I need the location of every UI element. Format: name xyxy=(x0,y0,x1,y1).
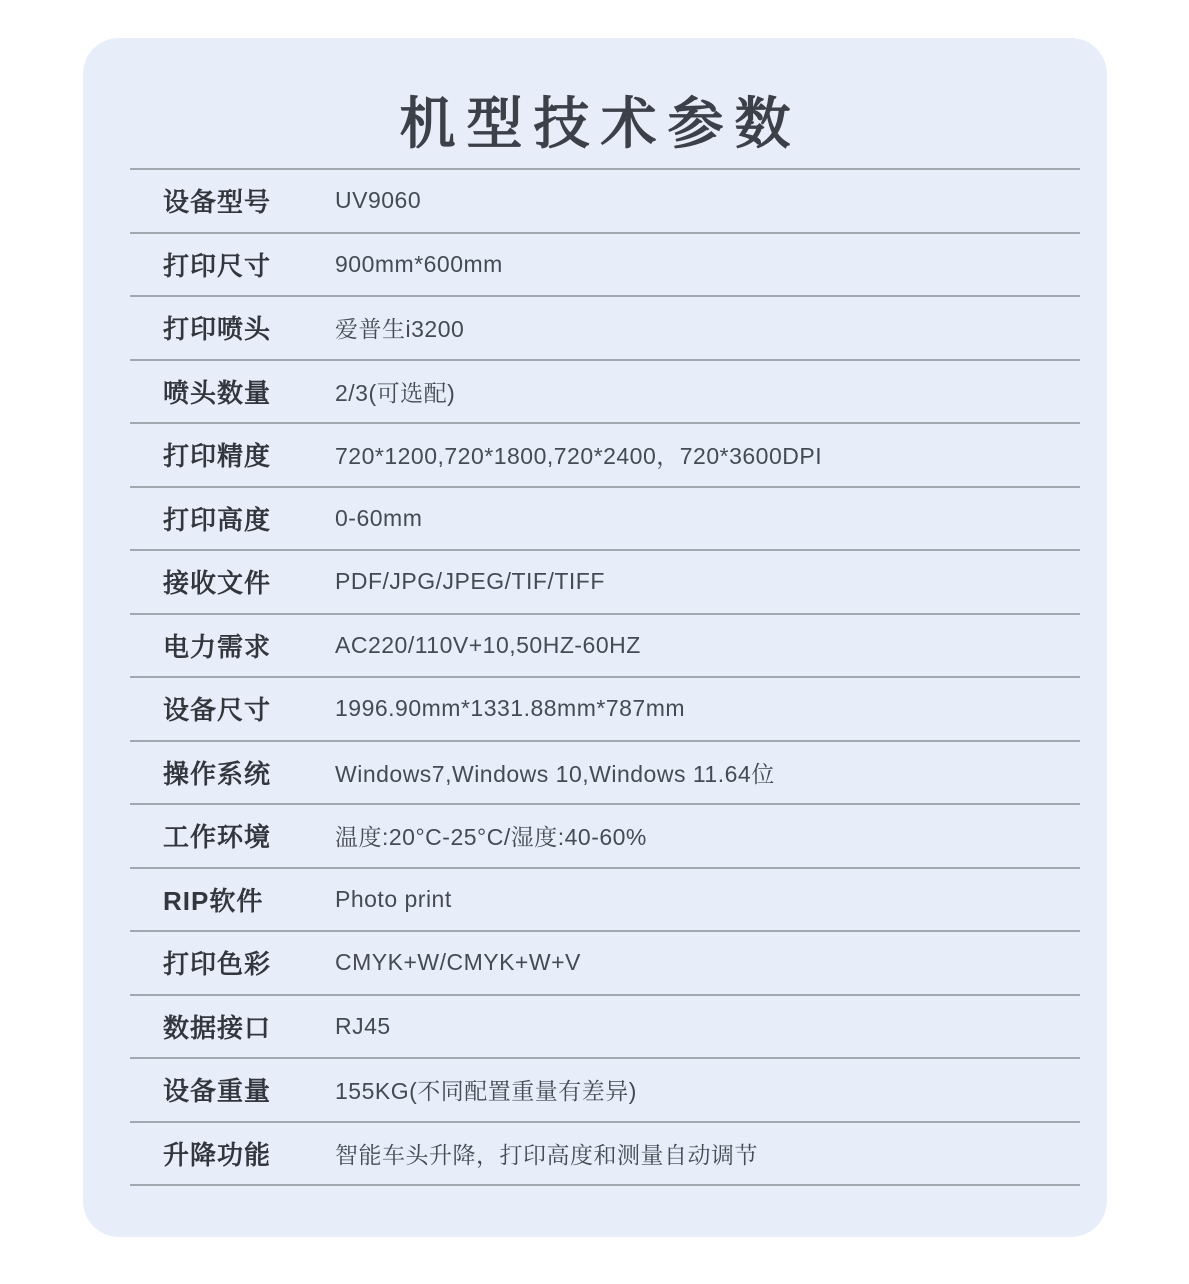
spec-value: AC220/110V+10,50HZ-60HZ xyxy=(335,632,1080,659)
table-row: 设备尺寸 1996.90mm*1331.88mm*787mm xyxy=(130,676,1080,740)
table-row: 电力需求 AC220/110V+10,50HZ-60HZ xyxy=(130,613,1080,677)
table-row: 喷头数量 2/3(可选配) xyxy=(130,359,1080,423)
spec-value: RJ45 xyxy=(335,1013,1080,1040)
table-row: 打印精度 720*1200,720*1800,720*2400，720*3600… xyxy=(130,422,1080,486)
spec-value: 温度:20°C-25°C/湿度:40-60% xyxy=(335,819,1080,852)
page: 机型技术参数 设备型号 UV9060 打印尺寸 900mm*600mm 打印喷头… xyxy=(0,0,1189,1284)
table-row: 数据接口 RJ45 xyxy=(130,994,1080,1058)
spec-label: 打印尺寸 xyxy=(163,246,335,283)
table-row: 打印高度 0-60mm xyxy=(130,486,1080,550)
spec-value: UV9060 xyxy=(335,187,1080,214)
spec-label: 喷头数量 xyxy=(163,373,335,410)
spec-value: 2/3(可选配) xyxy=(335,375,1080,408)
page-title: 机型技术参数 xyxy=(83,38,1107,168)
table-row: 接收文件 PDF/JPG/JPEG/TIF/TIFF xyxy=(130,549,1080,613)
spec-label: 工作环境 xyxy=(163,817,335,854)
spec-table: 设备型号 UV9060 打印尺寸 900mm*600mm 打印喷头 爱普生i32… xyxy=(130,168,1080,1186)
spec-value: Photo print xyxy=(335,886,1080,913)
spec-label: 打印高度 xyxy=(163,500,335,537)
table-row: 打印喷头 爱普生i3200 xyxy=(130,295,1080,359)
spec-label: 打印色彩 xyxy=(163,944,335,981)
spec-value: 爱普生i3200 xyxy=(335,311,1080,344)
spec-value: 智能车头升降，打印高度和测量自动调节 xyxy=(335,1137,1080,1170)
spec-label: 升降功能 xyxy=(163,1135,335,1172)
spec-label: 打印精度 xyxy=(163,436,335,473)
table-row: 打印色彩 CMYK+W/CMYK+W+V xyxy=(130,930,1080,994)
spec-value: Windows7,Windows 10,Windows 11.64位 xyxy=(335,756,1080,789)
spec-value: PDF/JPG/JPEG/TIF/TIFF xyxy=(335,568,1080,595)
spec-label: 设备尺寸 xyxy=(163,690,335,727)
spec-label: 接收文件 xyxy=(163,563,335,600)
spec-card: 机型技术参数 设备型号 UV9060 打印尺寸 900mm*600mm 打印喷头… xyxy=(83,38,1107,1237)
spec-label: 设备重量 xyxy=(163,1071,335,1108)
table-row: 操作系统 Windows7,Windows 10,Windows 11.64位 xyxy=(130,740,1080,804)
table-row: 设备重量 155KG(不同配置重量有差异) xyxy=(130,1057,1080,1121)
spec-label: RIP软件 xyxy=(163,881,335,918)
spec-label: 电力需求 xyxy=(163,627,335,664)
table-row: RIP软件 Photo print xyxy=(130,867,1080,931)
spec-value: 1996.90mm*1331.88mm*787mm xyxy=(335,695,1080,722)
spec-label: 数据接口 xyxy=(163,1008,335,1045)
spec-value: CMYK+W/CMYK+W+V xyxy=(335,949,1080,976)
table-row: 打印尺寸 900mm*600mm xyxy=(130,232,1080,296)
spec-value: 720*1200,720*1800,720*2400，720*3600DPI xyxy=(335,438,1080,471)
spec-label: 设备型号 xyxy=(163,182,335,219)
table-row: 设备型号 UV9060 xyxy=(130,168,1080,232)
spec-label: 操作系统 xyxy=(163,754,335,791)
spec-value: 0-60mm xyxy=(335,505,1080,532)
spec-value: 155KG(不同配置重量有差异) xyxy=(335,1073,1080,1106)
table-row: 升降功能 智能车头升降，打印高度和测量自动调节 xyxy=(130,1121,1080,1185)
table-row: 工作环境 温度:20°C-25°C/湿度:40-60% xyxy=(130,803,1080,867)
spec-label: 打印喷头 xyxy=(163,309,335,346)
spec-value: 900mm*600mm xyxy=(335,251,1080,278)
